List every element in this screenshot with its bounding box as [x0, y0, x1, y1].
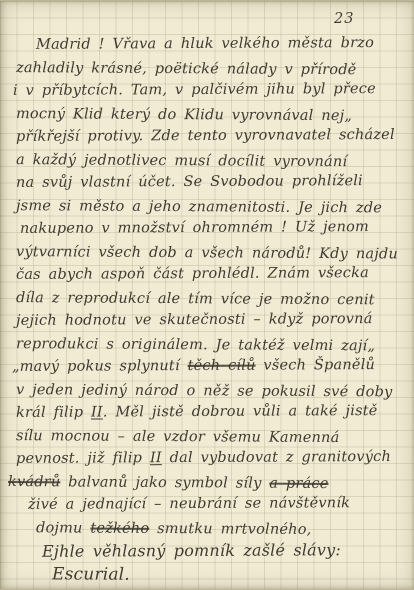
handwritten-text: sílu mocnou – ale vzdor všemu Kamenná [16, 428, 340, 446]
handwritten-text: Ejhle věhlasný pomník zašlé slávy: [42, 540, 341, 561]
manuscript-line: jejich hodnotu ve skutečnosti – když por… [0, 308, 414, 333]
handwritten-text: . Měl jistě dobrou vůli a také jistě [103, 403, 378, 420]
handwritten-text: všech Španělů [256, 357, 376, 374]
handwritten-text: jsme si město a jeho znamenitosti. Je ji… [16, 198, 382, 216]
manuscript-line: nakupeno v množství ohromném ! Už jenom [0, 216, 414, 241]
struck-text: težkého [90, 521, 149, 537]
handwritten-text: díla z reprodukcí ale tím více je možno … [16, 290, 375, 308]
handwritten-text: reprodukci s originálem. Je taktéž velmi… [16, 336, 375, 354]
handwritten-text: „mavý pokus splynutí [12, 358, 188, 375]
handwritten-text: příkřejší protivy. Zde tento vyrovnavate… [16, 127, 395, 145]
manuscript-line: i v příbytcích. Tam, v palčivém jihu byl… [0, 78, 414, 103]
manuscript-lines: Madrid ! Vřava a hluk velkého města brzo… [0, 34, 414, 586]
handwritten-text: dal vybudovat z granitových [162, 449, 391, 466]
manuscript-line: král filip II. Měl jistě dobrou vůli a t… [0, 400, 414, 425]
manuscript-line: čas abych aspoň část prohlédl. Znám všec… [0, 262, 414, 287]
manuscript-line: Madrid ! Vřava a hluk velkého města brzo [0, 32, 414, 57]
manuscript-page: 23 Madrid ! Vřava a hluk velkého města b… [0, 0, 414, 590]
handwritten-text: král filip [16, 405, 91, 421]
handwritten-text: nakupeno v množství ohromném ! Už jenom [20, 219, 369, 237]
handwritten-text: a každý jednotlivec musí docílit vyrovná… [16, 152, 347, 170]
handwritten-text: balvanů jako symbol síly [60, 474, 269, 491]
handwritten-text: živé a jednající – neubrání se návštěvní… [28, 495, 350, 513]
handwritten-text: jejich hodnotu ve skutečnosti – když por… [16, 311, 373, 329]
handwritten-text: čas abych aspoň část prohlédl. Znám všec… [16, 265, 369, 283]
underlined-text: II [150, 450, 162, 466]
manuscript-line: Ejhle věhlasný pomník zašlé slávy: [0, 538, 414, 563]
handwritten-text: Madrid ! Vřava a hluk velkého města brzo [36, 35, 374, 53]
struck-text: kvádrů [8, 474, 60, 490]
handwritten-text: zahladily krásné, poëtické nálady v přír… [16, 60, 357, 78]
manuscript-line: živé a jednající – neubrání se návštěvní… [0, 492, 414, 517]
handwritten-text: výtvarníci všech dob a všech národů! Kdy… [16, 244, 398, 262]
manuscript-line: na svůj vlastní účet. Se Svobodou prohlí… [0, 170, 414, 195]
handwritten-text: na svůj vlastní účet. Se Svobodou prohlí… [16, 173, 363, 191]
manuscript-line: příkřejší protivy. Zde tento vyrovnavate… [0, 124, 414, 149]
underlined-text: II [91, 404, 103, 420]
struck-text: těch cílů [188, 358, 256, 374]
handwritten-text: v jeden jediný národ o něž se pokusil sv… [16, 382, 393, 400]
handwritten-text: mocný Klid který do Klidu vyrovnával nej… [16, 106, 352, 124]
manuscript-line: Escurial. [0, 563, 414, 589]
handwritten-text: pevnost. již filip [16, 450, 150, 467]
handwritten-text: Escurial. [52, 564, 130, 584]
page-number: 23 [334, 11, 354, 27]
manuscript-line: pevnost. již filip II dal vybudovat z gr… [0, 446, 414, 471]
struck-text: a práce [269, 476, 328, 492]
handwritten-text: smutku mrtvolného, [149, 521, 311, 538]
manuscript-line: „mavý pokus splynutí těch cílů všech Špa… [0, 354, 414, 379]
handwritten-text: i v příbytcích. Tam, v palčivém jihu byl… [13, 81, 376, 99]
handwritten-text: dojmu [36, 520, 91, 536]
